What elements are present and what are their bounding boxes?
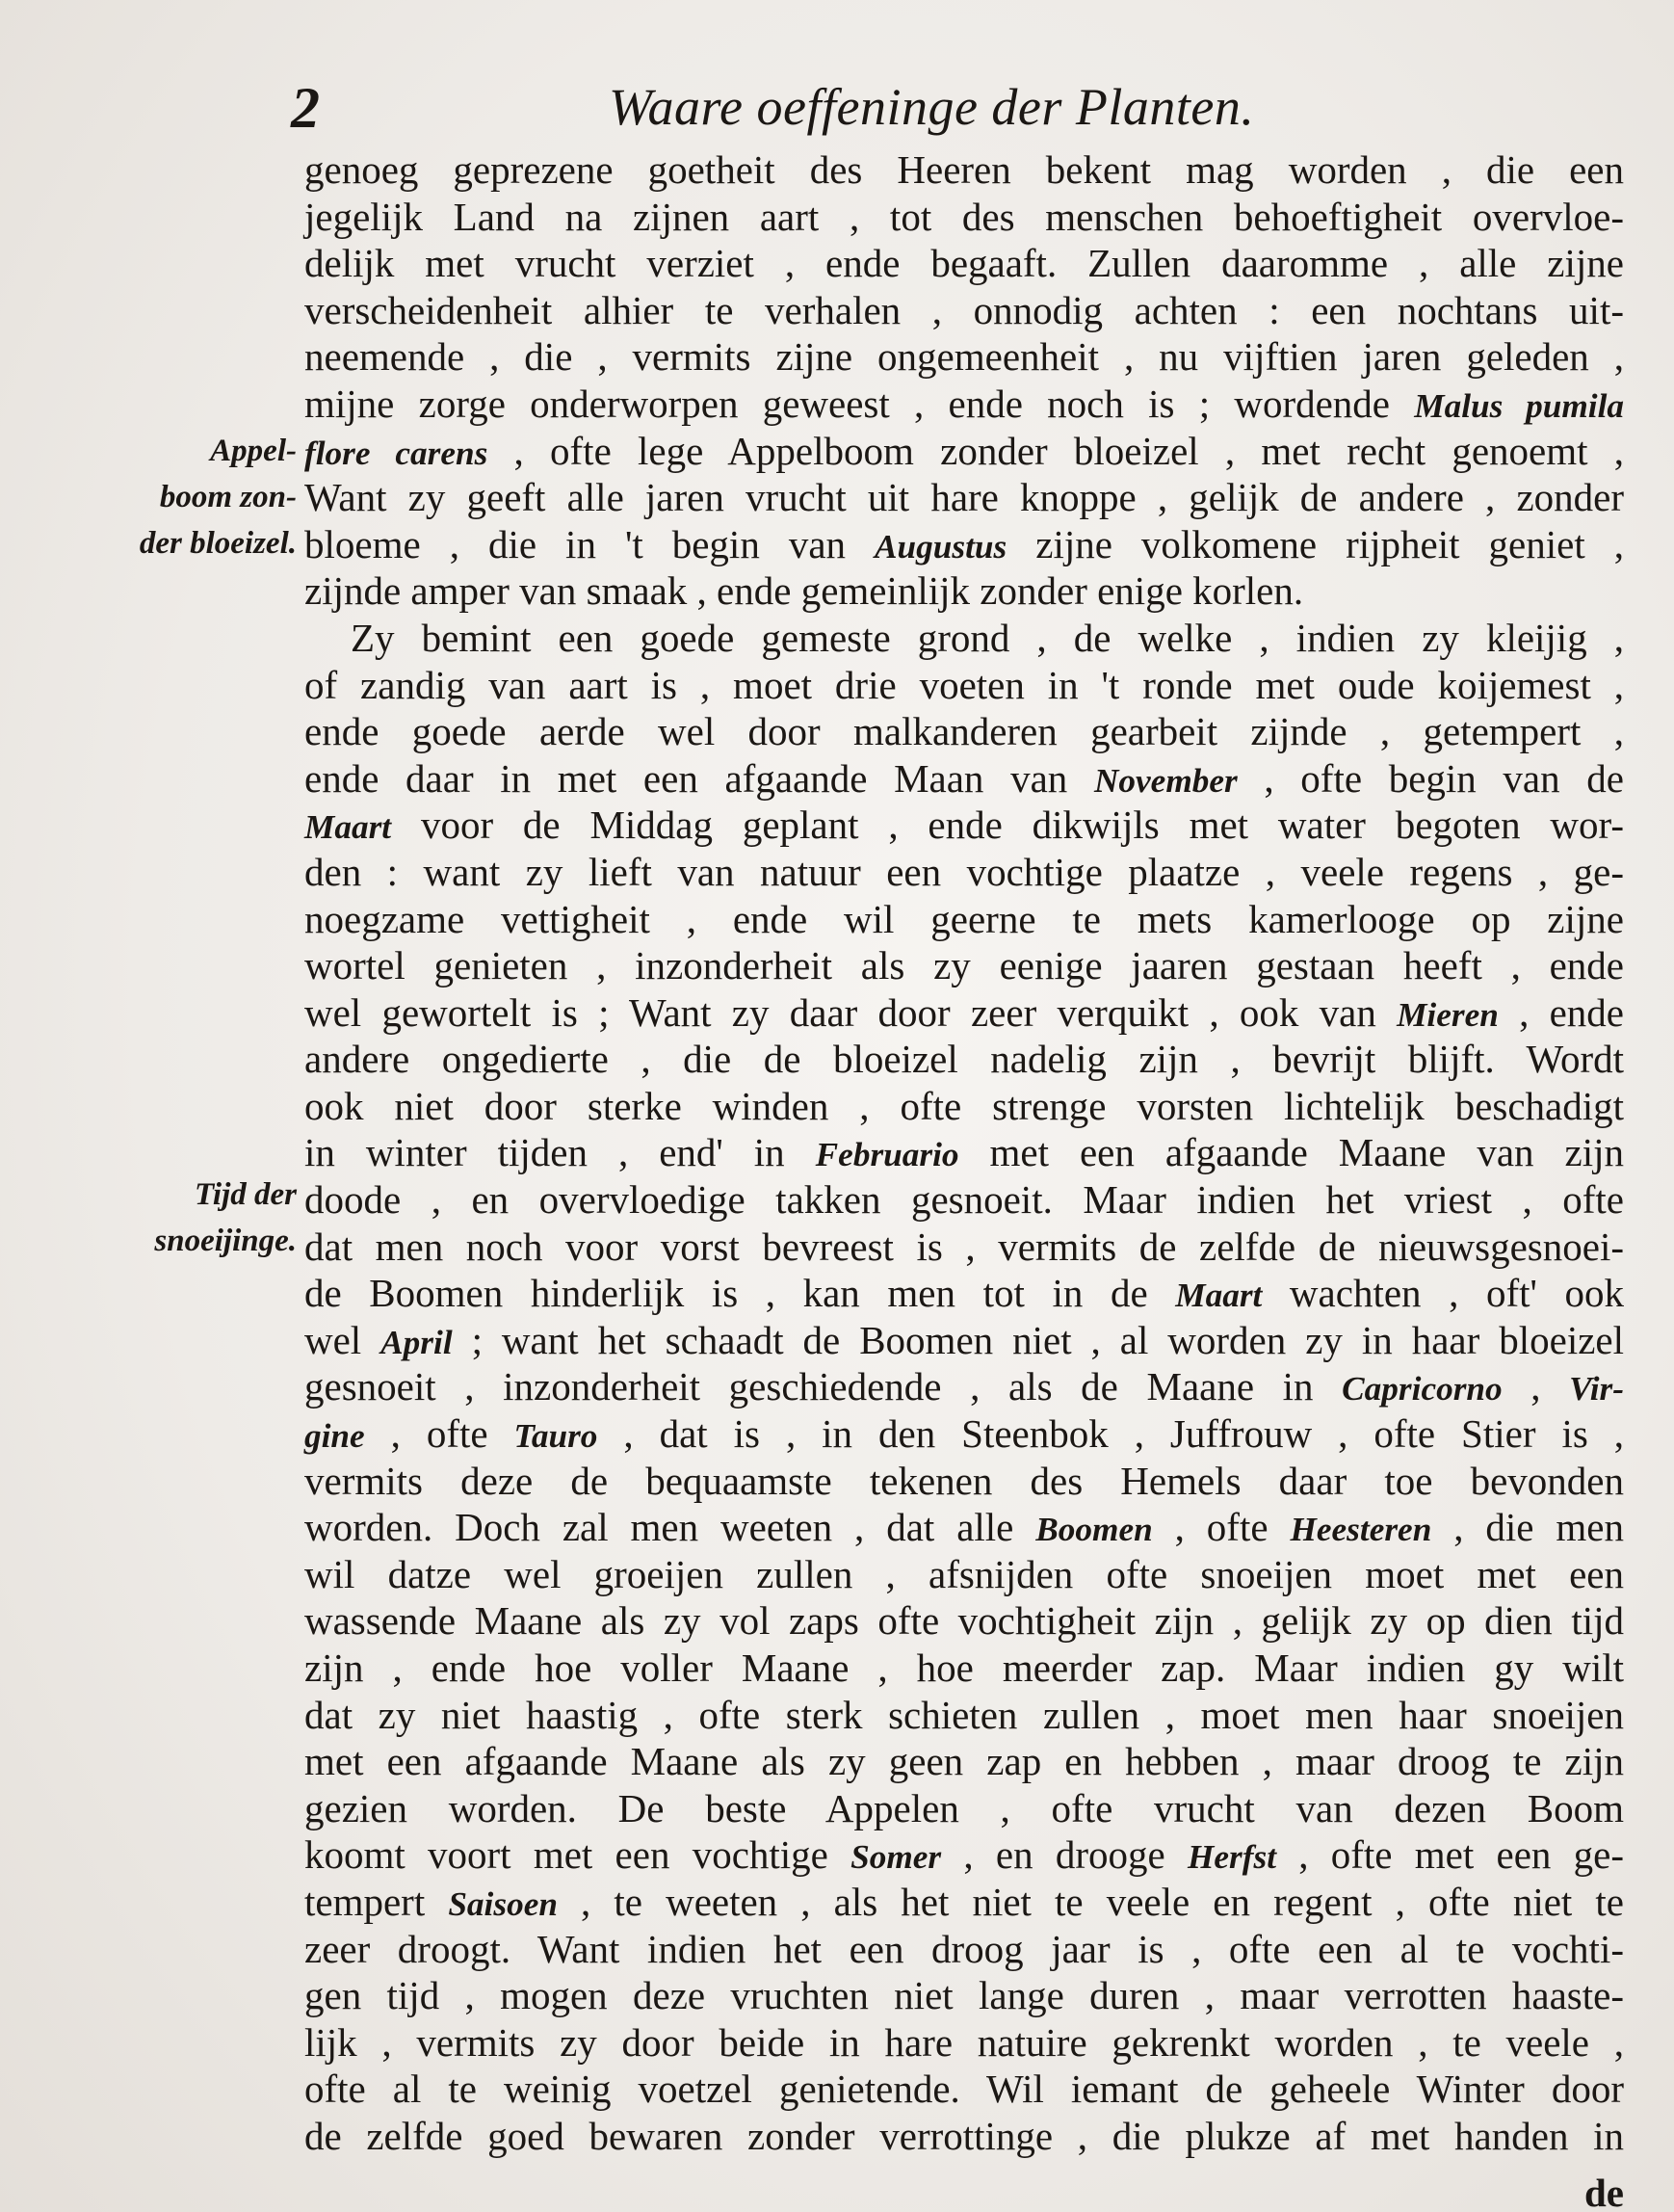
text-line: de Boomen hinderlijk is , kan men tot in… (304, 1270, 1624, 1317)
text-line: gine , ofte Tauro , dat is , in den Stee… (304, 1410, 1624, 1458)
running-head: Waare oeffeninge der Planten. (609, 77, 1254, 137)
text-run: Want zy geeft alle jaren vrucht uit hare… (304, 475, 1624, 519)
text-line: in winter tijden , end' in Februario met… (304, 1129, 1624, 1176)
text-run: of zandig van aart is , moet drie voeten… (304, 663, 1624, 707)
italic-term: Heesteren (1290, 1511, 1431, 1548)
text-run: ende goede aerde wel door malkanderen ge… (304, 709, 1624, 753)
italic-term: Mieren (1397, 996, 1499, 1034)
text-run: , ofte met een ge- (1276, 1832, 1624, 1877)
italic-term: Malus pumila (1414, 387, 1624, 425)
text-run: , ofte (365, 1411, 514, 1456)
text-run: zijn , ende hoe voller Maane , hoe meerd… (304, 1646, 1624, 1690)
text-line: dat men noch voor vorst bevreest is , ve… (304, 1224, 1624, 1271)
text-run: tempert (304, 1880, 448, 1924)
italic-term: Maart (304, 808, 391, 846)
text-line: zijnde amper van smaak , ende gemeinlijk… (304, 567, 1624, 615)
text-run: dat zy niet haastig , ofte sterk schiete… (304, 1693, 1624, 1737)
text-run: voor de Middag geplant , ende dikwijls m… (391, 803, 1624, 847)
text-run: delijk met vrucht verziet , ende begaaft… (304, 241, 1624, 285)
text-line: Maart voor de Middag geplant , ende dikw… (304, 802, 1624, 849)
italic-term: Herfst (1188, 1838, 1276, 1876)
text-line: koomt voort met een vochtige Somer , en … (304, 1831, 1624, 1879)
text-run: wassende Maane als zy vol zaps ofte voch… (304, 1598, 1624, 1643)
italic-term: Somer (850, 1838, 941, 1876)
text-line: tempert Saisoen , te weeten , als het ni… (304, 1879, 1624, 1926)
text-run: lijk , vermits zy door beide in hare nat… (304, 2020, 1624, 2065)
text-run: gen tijd , mogen deze vruchten niet lang… (304, 1973, 1624, 2017)
text-run: , die men (1431, 1505, 1624, 1549)
text-line: wel gewortelt is ; Want zy daar door zee… (304, 989, 1624, 1037)
marginal-note-snoeijinge: Tijd der snoeijinge. (104, 1172, 297, 1264)
italic-term: flore carens (304, 434, 487, 472)
text-line: met een afgaande Maane als zy geen zap e… (304, 1738, 1624, 1785)
text-run: Zy bemint een goede gemeste grond , de w… (351, 616, 1624, 660)
italic-term: Maart (1175, 1277, 1262, 1314)
text-run: zijnde amper van smaak , ende gemeinlijk… (304, 568, 1303, 613)
text-line: zeer droogt. Want indien het een droog j… (304, 1926, 1624, 1973)
text-run: , ende (1499, 990, 1624, 1035)
text-run: den : want zy lieft van natuur een vocht… (304, 850, 1624, 894)
text-line: andere ongedierte , die de bloeizel nade… (304, 1036, 1624, 1083)
text-run: mijne zorge onderworpen geweest , ende n… (304, 382, 1414, 426)
text-line: worden. Doch zal men weeten , dat alle B… (304, 1504, 1624, 1551)
body-text: genoeg geprezene goetheit des Heeren bek… (304, 146, 1624, 2212)
text-line: dat zy niet haastig , ofte sterk schiete… (304, 1692, 1624, 1739)
text-run: genoeg geprezene goetheit des Heeren bek… (304, 147, 1624, 192)
italic-term: November (1094, 762, 1238, 800)
text-run: ; want het schaadt de Boomen niet , al w… (453, 1318, 1624, 1362)
italic-term: Augustus (875, 528, 1007, 566)
text-line: ofte al te weinig voetzel genietende. Wi… (304, 2066, 1624, 2113)
catchword: de (304, 2170, 1624, 2212)
text-run: met een afgaande Maane van zijn (959, 1130, 1624, 1174)
text-line: mijne zorge onderworpen geweest , ende n… (304, 381, 1624, 428)
text-line: ende daar in met een afgaande Maan van N… (304, 755, 1624, 803)
marginal-note-line: der bloeizel. (104, 520, 297, 566)
text-run: neemende , die , vermits zijne ongemeenh… (304, 334, 1624, 379)
text-line: Zy bemint een goede gemeste grond , de w… (304, 615, 1624, 662)
text-run: koomt voort met een vochtige (304, 1832, 850, 1877)
text-run: wortel genieten , inzonderheit als zy ee… (304, 943, 1624, 987)
text-line: delijk met vrucht verziet , ende begaaft… (304, 240, 1624, 287)
text-run: in winter tijden , end' in (304, 1130, 816, 1174)
text-run: bloeme , die in 't begin van (304, 522, 875, 566)
italic-term: gine (304, 1417, 365, 1455)
marginal-note-line: Tijd der (104, 1172, 297, 1218)
italic-term: Saisoen (448, 1885, 558, 1923)
text-line: zijn , ende hoe voller Maane , hoe meerd… (304, 1645, 1624, 1692)
text-line: jegelijk Land na zijnen aart , tot des m… (304, 194, 1624, 241)
text-run: dat men noch voor vorst bevreest is , ve… (304, 1224, 1624, 1269)
text-line: ook niet door sterke winden , ofte stren… (304, 1083, 1624, 1130)
text-line: bloeme , die in 't begin van Augustus zi… (304, 521, 1624, 568)
text-run: , te weeten , als het niet te veele en r… (558, 1880, 1624, 1924)
text-run: , ofte (1153, 1505, 1291, 1549)
italic-term: Vir- (1569, 1370, 1624, 1408)
text-run: zijne volkomene rijpheit geniet , (1007, 522, 1624, 566)
text-line: gezien worden. De beste Appelen , ofte v… (304, 1785, 1624, 1832)
marginal-note-line: snoeijinge. (104, 1218, 297, 1264)
text-run: worden. Doch zal men weeten , dat alle (304, 1505, 1035, 1549)
text-line: de zelfde goed bewaren zonder verrotting… (304, 2113, 1624, 2160)
text-line: Want zy geeft alle jaren vrucht uit hare… (304, 474, 1624, 521)
text-line: doode , en overvloedige takken gesnoeit.… (304, 1176, 1624, 1224)
text-run: ofte al te weinig voetzel genietende. Wi… (304, 2067, 1624, 2111)
italic-term: Capricorno (1342, 1370, 1503, 1408)
page-number: 2 (291, 75, 320, 142)
italic-term: Tauro (514, 1417, 598, 1455)
text-line: noegzame vettigheit , ende wil geerne te… (304, 896, 1624, 943)
book-page: 2 Waare oeffeninge der Planten. Appel- b… (0, 0, 1674, 2212)
text-run: de Boomen hinderlijk is , kan men tot in… (304, 1271, 1175, 1315)
marginal-note-line: boom zon- (104, 474, 297, 520)
text-line: verscheidenheit alhier te verhalen , onn… (304, 287, 1624, 334)
text-line: gesnoeit , inzonderheit geschiedende , a… (304, 1363, 1624, 1410)
text-run: , dat is , in den Steenbok , Juffrouw , … (597, 1411, 1624, 1456)
text-line: genoeg geprezene goetheit des Heeren bek… (304, 146, 1624, 194)
text-run: zeer droogt. Want indien het een droog j… (304, 1927, 1624, 1971)
text-run: vermits deze de bequaamste tekenen des H… (304, 1459, 1624, 1503)
text-run: , en drooge (941, 1832, 1188, 1877)
text-run: , (1503, 1364, 1570, 1409)
text-line: wortel genieten , inzonderheit als zy ee… (304, 942, 1624, 989)
text-line: wel April ; want het schaadt de Boomen n… (304, 1317, 1624, 1364)
text-line: wassende Maane als zy vol zaps ofte voch… (304, 1597, 1624, 1645)
text-run: andere ongedierte , die de bloeizel nade… (304, 1037, 1624, 1081)
text-run: gezien worden. De beste Appelen , ofte v… (304, 1786, 1624, 1830)
text-run: wil datze wel groeijen zullen , afsnijde… (304, 1552, 1624, 1596)
italic-term: April (380, 1324, 452, 1361)
text-run: de zelfde goed bewaren zonder verrotting… (304, 2114, 1624, 2158)
text-run: gesnoeit , inzonderheit geschiedende , a… (304, 1364, 1342, 1409)
text-run: wel gewortelt is ; Want zy daar door zee… (304, 990, 1397, 1035)
text-run: ook niet door sterke winden , ofte stren… (304, 1084, 1624, 1128)
text-run: met een afgaande Maane als zy geen zap e… (304, 1739, 1624, 1783)
text-run: doode , en overvloedige takken gesnoeit.… (304, 1177, 1624, 1222)
marginal-note-appelboom: Appel- boom zon- der bloeizel. (104, 428, 297, 566)
text-line: ende goede aerde wel door malkanderen ge… (304, 708, 1624, 755)
text-run: ende daar in met een afgaande Maan van (304, 756, 1094, 801)
text-run: noegzame vettigheit , ende wil geerne te… (304, 897, 1624, 941)
text-run: , ofte begin van de (1238, 756, 1624, 801)
text-run: jegelijk Land na zijnen aart , tot des m… (304, 195, 1624, 239)
marginal-note-line: Appel- (104, 428, 297, 474)
italic-term: Februario (816, 1136, 959, 1173)
text-line: of zandig van aart is , moet drie voeten… (304, 662, 1624, 709)
text-line: flore carens , ofte lege Appelboom zonde… (304, 428, 1624, 475)
text-run: wel (304, 1318, 380, 1362)
text-run: verscheidenheit alhier te verhalen , onn… (304, 288, 1624, 332)
text-line: wil datze wel groeijen zullen , afsnijde… (304, 1551, 1624, 1598)
text-run: , ofte lege Appelboom zonder bloeizel , … (487, 429, 1624, 473)
text-line: vermits deze de bequaamste tekenen des H… (304, 1458, 1624, 1505)
italic-term: Boomen (1035, 1511, 1152, 1548)
text-line: gen tijd , mogen deze vruchten niet lang… (304, 1972, 1624, 2019)
text-line: den : want zy lieft van natuur een vocht… (304, 849, 1624, 896)
text-run: wachten , oft' ook (1262, 1271, 1624, 1315)
text-line: neemende , die , vermits zijne ongemeenh… (304, 333, 1624, 381)
text-line: lijk , vermits zy door beide in hare nat… (304, 2019, 1624, 2067)
